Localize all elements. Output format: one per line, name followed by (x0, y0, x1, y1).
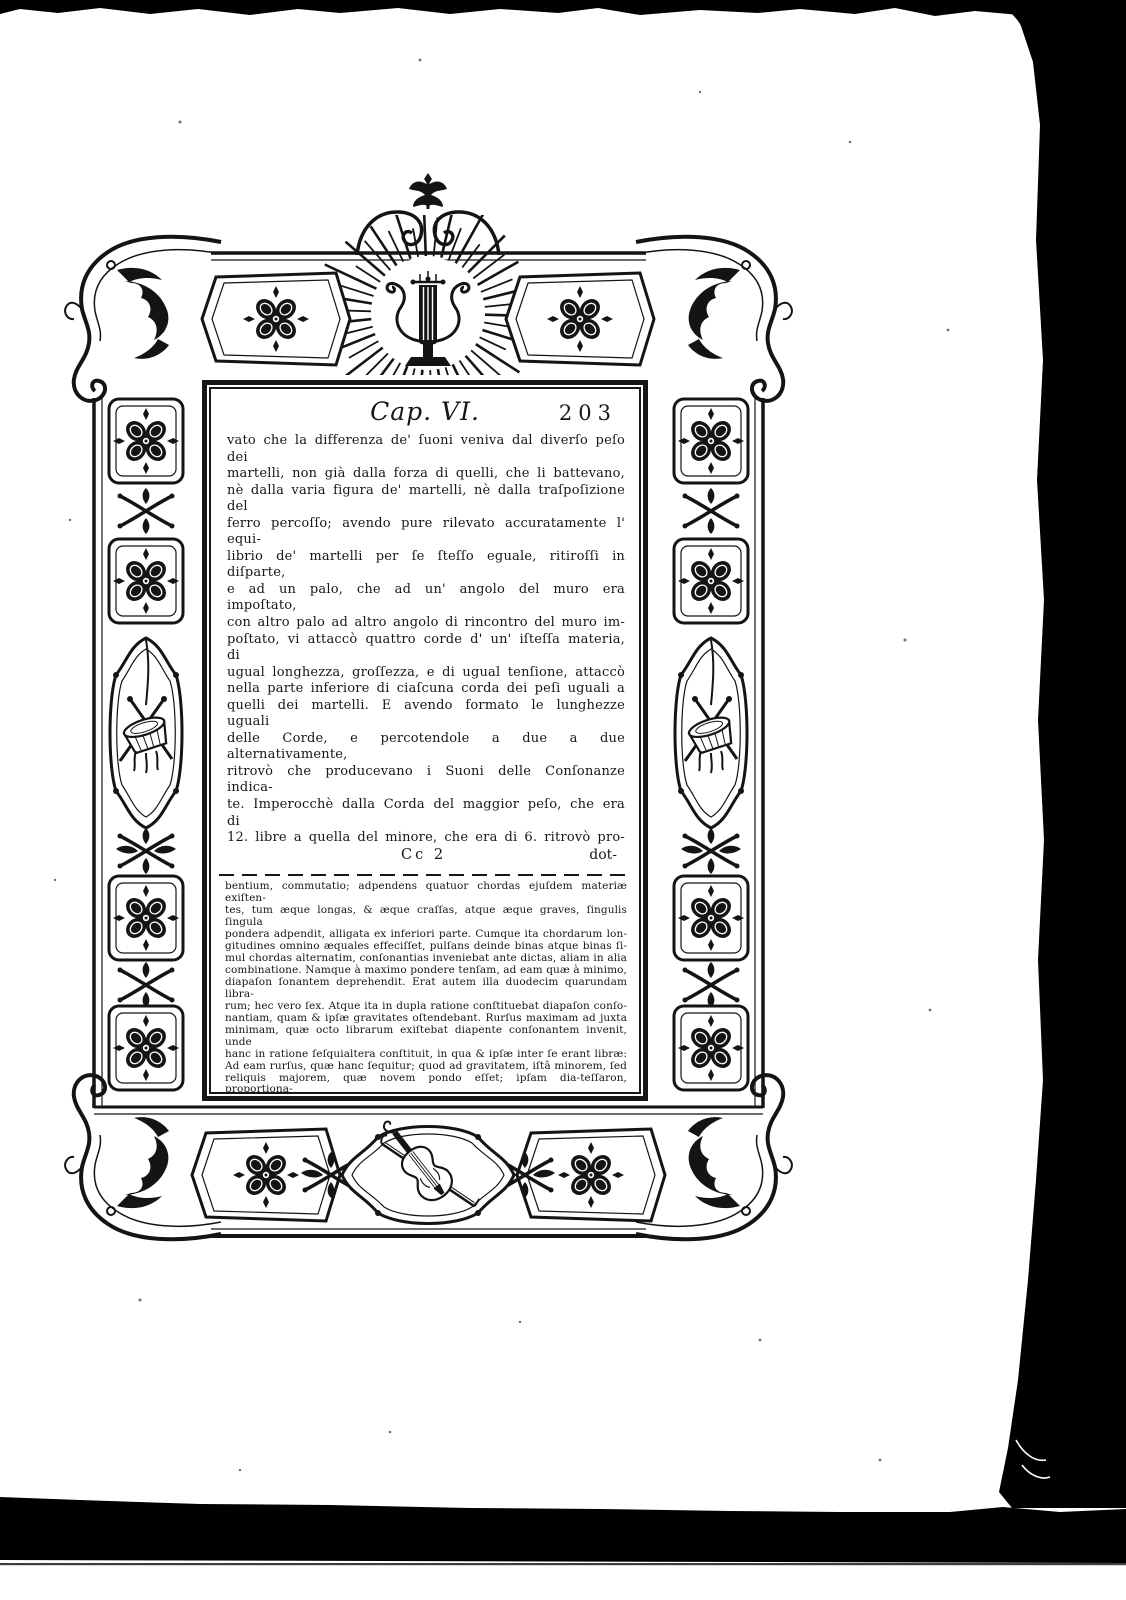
footnote-line: hanc in ratione ſeſquialtera conſtituit,… (225, 1049, 627, 1061)
footnote-line: reliquis majorem, quæ novem pondo eſſet;… (225, 1073, 627, 1094)
scan-crease-marks (1016, 1440, 1050, 1478)
main-text-line: 12. libre a quella del minore, che era d… (227, 830, 625, 847)
main-text-line: nè dalla varia figura de' martelli, nè d… (227, 483, 625, 516)
main-text-line: vato che la differenza de' ſuoni veniva … (227, 433, 625, 466)
main-text-line: quelli dei martelli. E avendo formato le… (227, 698, 625, 731)
footnote-block: bentium, commutatio; adpendens quatuor c… (225, 881, 627, 1094)
chapter-heading: Cap. VI. (370, 397, 480, 426)
gathering-signature: Cc 2 (401, 847, 446, 863)
footnote-line: Ad eam rurſus, quæ hanc ſequitur; quod a… (225, 1061, 627, 1073)
footnote-separator (219, 874, 629, 877)
main-text-line: con altro palo ad altro angolo di rincon… (227, 615, 625, 632)
text-frame-inner: Cap. VI. 203 vato che la differenza de' … (209, 387, 641, 1094)
main-text-line: librio de' martelli per ſe ſteſſo eguale… (227, 549, 625, 582)
scan-edge-top (0, 0, 1126, 26)
page-header: Cap. VI. 203 (217, 397, 633, 429)
right-border-column (674, 399, 748, 1090)
main-text-line: martelli, non già dalla forza di quelli,… (227, 466, 625, 483)
scan-edge-bottom (0, 1497, 1126, 1563)
bottom-border-band (192, 1111, 665, 1224)
main-text-line: poſtato, vi attaccò quattro corde d' un'… (227, 632, 625, 665)
main-text-line: ritrovò che producevano i Suoni delle Co… (227, 764, 625, 797)
footnote-line: bentium, commutatio; adpendens quatuor c… (225, 881, 627, 905)
main-text-line: te. Imperocchè dalla Corda del maggior p… (227, 797, 625, 830)
footnote-line: tes, tum æque longas, & æque craſſas, at… (225, 905, 627, 929)
footnote-line: diapaſon ſonantem deprehendit. Erat aute… (225, 977, 627, 1001)
main-text-line: delle Corde, e percotendole a due a due … (227, 731, 625, 764)
text-frame: Cap. VI. 203 vato che la differenza de' … (202, 380, 648, 1101)
footnote-line: rum; hec vero ſex. Atque ita in dupla ra… (225, 1001, 627, 1013)
main-text-line: e ad un palo, che ad un' angolo del muro… (227, 582, 625, 615)
footnote-line: minimam, quæ octo librarum exiſtebat dia… (225, 1025, 627, 1049)
main-text-line: ferro percoſſo; avendo pure rilevato acc… (227, 516, 625, 549)
main-text-line: ugual longhezza, groſſezza, e di ugual t… (227, 665, 625, 682)
book-page-scan: Cap. VI. 203 vato che la differenza de' … (0, 0, 1126, 1600)
page-number: 203 (559, 401, 617, 425)
scan-bottom-hairline (0, 1563, 1126, 1565)
catchword: dot- (589, 847, 617, 863)
scan-edge-right (999, 0, 1126, 1508)
crest-scrolls (357, 173, 499, 255)
signature-row: Cc 2 dot- (225, 847, 625, 865)
left-border-column (109, 399, 183, 1090)
main-text-block: vato che la differenza de' ſuoni veniva … (227, 433, 625, 847)
footnote-line: nantiam, quam & ipſæ gravitates oſtendeb… (225, 1013, 627, 1025)
main-text-line: nella parte inferiore di ciaſcuna corda … (227, 681, 625, 698)
